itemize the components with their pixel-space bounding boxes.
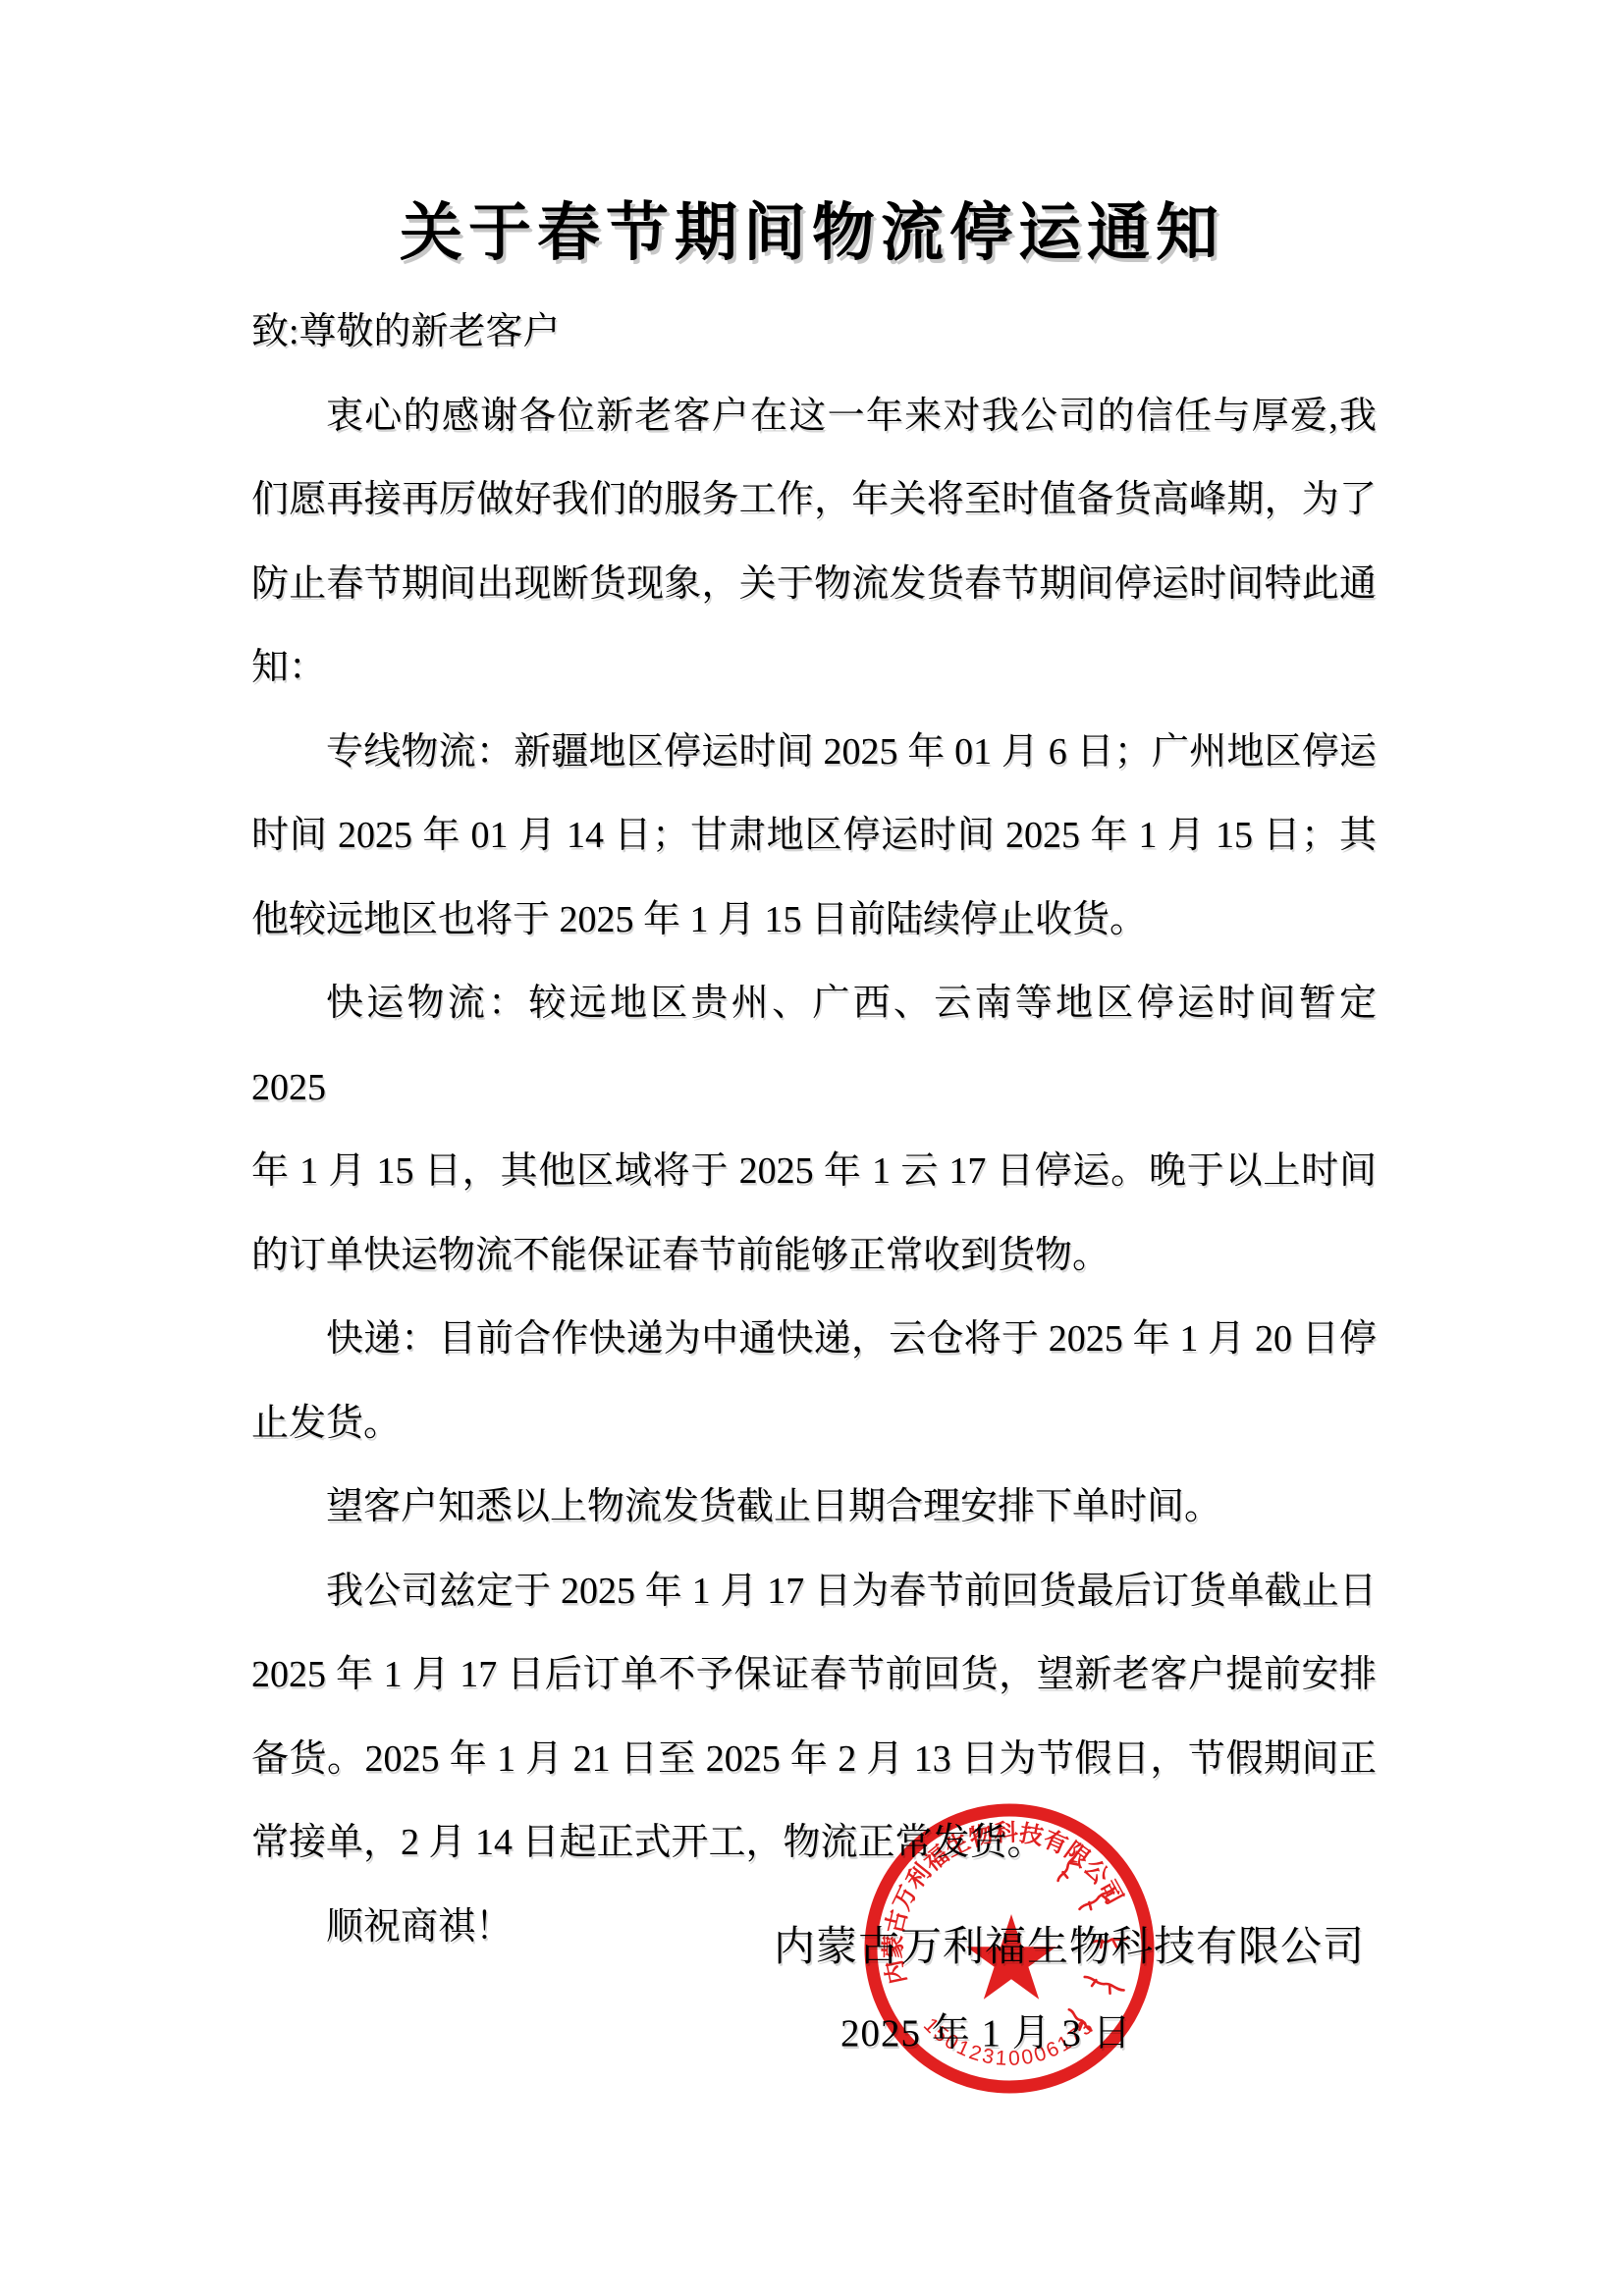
body-line: 备货。2025 年 1 月 21 日至 2025 年 2 月 13 日为节假日，…: [251, 1718, 1377, 1802]
company-seal-stamp: 内蒙古万利福生物科技有限公司 15012310006173: [852, 1791, 1166, 2106]
body-line: 时间 2025 年 01 月 14 日；甘肃地区停运时间 2025 年 1 月 …: [251, 794, 1377, 879]
body-line: 望客户知悉以上物流发货截止日期合理安排下单时间。: [251, 1466, 1377, 1550]
seal-star-icon: [966, 1914, 1056, 2000]
body-line: 们愿再接再厉做好我们的服务工作，年关将至时值备货高峰期，为了: [251, 458, 1377, 543]
salutation-line: 致:尊敬的新老客户: [251, 291, 1377, 375]
body-line: 专线物流：新疆地区停运时间 2025 年 01 月 6 日；广州地区停运: [251, 711, 1377, 795]
body-line: 他较远地区也将于 2025 年 1 月 15 日前陆续停止收货。: [251, 879, 1377, 963]
body-line: 衷心的感谢各位新老客户在这一年来对我公司的信任与厚爱,我: [251, 375, 1377, 459]
body-line: 我公司兹定于 2025 年 1 月 17 日为春节前回货最后订货单截止日: [251, 1550, 1377, 1634]
body-line: 知：: [251, 626, 1377, 711]
notice-document-page: 关于春节期间物流停运通知 致:尊敬的新老客户 衷心的感谢各位新老客户在这一年来对…: [0, 0, 1624, 2296]
body-line: 止发货。: [251, 1382, 1377, 1467]
document-title: 关于春节期间物流停运通知: [0, 194, 1624, 273]
seal-serial-number: 15012310006173: [919, 2013, 1100, 2070]
body-line: 快运物流：较远地区贵州、广西、云南等地区停运时间暂定 2025: [251, 962, 1377, 1130]
body-line: 2025 年 1 月 17 日后订单不予保证春节前回货，望新老客户提前安排: [251, 1633, 1377, 1718]
body-line: 防止春节期间出现断货现象，关于物流发货春节期间停运时间特此通: [251, 543, 1377, 627]
body-line: 快递：目前合作快递为中通快递，云仓将于 2025 年 1 月 20 日停: [251, 1298, 1377, 1382]
document-body: 致:尊敬的新老客户 衷心的感谢各位新老客户在这一年来对我公司的信任与厚爱,我 们…: [251, 291, 1377, 1969]
body-line: 年 1 月 15 日，其他区域将于 2025 年 1 云 17 日停运。晚于以上…: [251, 1130, 1377, 1214]
body-line: 常接单，2 月 14 日起正式开工，物流正常发货。: [251, 1801, 1377, 1886]
body-line: 的订单快运物流不能保证春节前能够正常收到货物。: [251, 1214, 1377, 1299]
